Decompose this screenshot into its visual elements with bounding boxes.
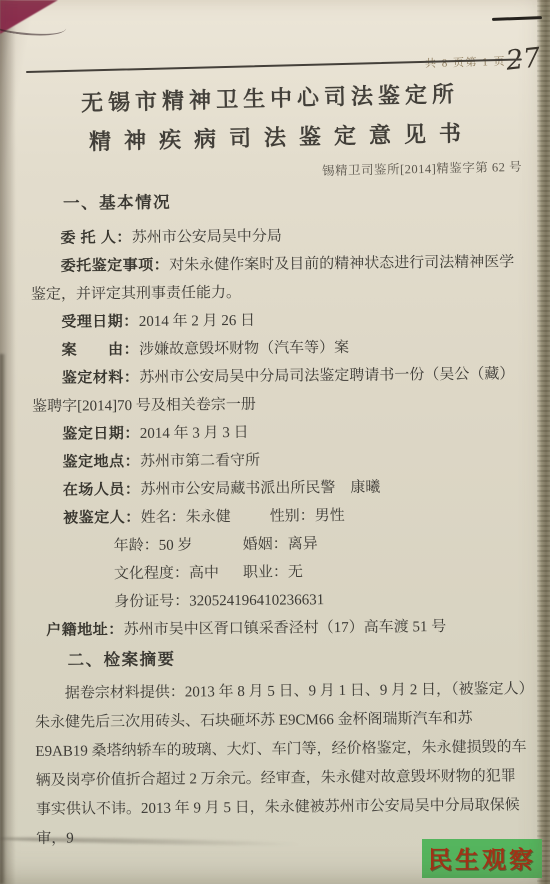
document-reference-number: 锡精卫司鉴所[2014]精鉴字第 62 号	[322, 157, 522, 179]
field-pair: 婚姻：离异	[243, 536, 318, 553]
page-left-edge-streak	[0, 354, 6, 884]
field-label: 户籍地址：	[46, 621, 124, 639]
field-row: 委托鉴定事项：对朱永健作案时及目前的精神状态进行司法精神医学鉴定，并评定其刑事责…	[31, 248, 524, 309]
field-pair: 职业：无	[243, 564, 303, 581]
field-value: 苏州市公安局吴中分局	[132, 229, 282, 246]
document-body: 一、基本情况 委 托 人：苏州市公安局吴中分局委托鉴定事项：对朱永健作案时及目前…	[30, 185, 528, 854]
section-heading-basic-info: 一、基本情况	[30, 185, 522, 218]
document-title: 精神疾病司法鉴定意见书	[0, 115, 550, 158]
field-value: 2014 年 3 月 3 日	[140, 425, 249, 442]
pair-value: 高中	[189, 565, 219, 581]
pair-key: 姓名：	[141, 510, 186, 526]
field-label: 委托鉴定事项：	[61, 257, 170, 275]
field-row: 户籍地址：苏州市吴中区胥口镇采香泾村（17）高车渡 51 号	[34, 612, 526, 645]
top-edge-mark	[492, 16, 542, 21]
field-label: 在场人员：	[63, 481, 141, 499]
field-row: 鉴定材料：苏州市公安局吴中分局司法鉴定聘请书一份（吴公（藏）鉴聘字[2014]7…	[32, 360, 525, 421]
field-label: 委 托 人：	[60, 229, 132, 247]
pair-key: 年龄：	[114, 538, 159, 554]
pair-key: 身份证号：	[114, 593, 189, 610]
field-pair: 年龄：50 岁	[114, 531, 243, 560]
pair-key: 文化程度：	[114, 565, 189, 582]
field-value: 苏州市第二看守所	[140, 453, 260, 470]
field-pair: 性别：男性	[270, 508, 345, 525]
basic-info-rows: 委 托 人：苏州市公安局吴中分局委托鉴定事项：对朱永健作案时及目前的精神状态进行…	[30, 220, 526, 645]
field-pair: 文化程度：高中	[114, 559, 243, 588]
scanned-document-page: 共 8 页第 1 页 27 无锡市精神卫生中心司法鉴定所 精神疾病司法鉴定意见书…	[0, 0, 550, 884]
pair-value: 50 岁	[159, 537, 193, 553]
pair-value: 320524196410236631	[189, 592, 324, 609]
field-value: 2014 年 2 月 26 日	[139, 313, 255, 330]
field-label: 鉴定地点：	[63, 453, 141, 471]
field-value: 苏州市吴中区胥口镇采香泾村（17）高车渡 51 号	[124, 619, 447, 638]
pair-key: 职业：	[243, 565, 288, 581]
case-summary-paragraph: 据卷宗材料提供：2013 年 8 月 5 日、9 月 1 日、9 月 2 日，（…	[35, 675, 529, 854]
field-pair: 姓名：朱永健	[141, 503, 270, 532]
field-label: 受理日期：	[61, 313, 139, 331]
field-value: 苏州市公安局藏书派出所民警 康曦	[140, 480, 380, 498]
pair-value: 男性	[315, 508, 345, 524]
pair-key: 性别：	[270, 508, 315, 524]
pair-value: 无	[288, 564, 303, 580]
field-value: 涉嫌故意毁坏财物（汽车等）案	[139, 340, 349, 358]
pair-key: 婚姻：	[243, 537, 288, 553]
field-label: 案 由：	[61, 341, 139, 359]
field-label: 被鉴定人：	[63, 509, 141, 527]
organization-title: 无锡市精神卫生中心司法鉴定所	[0, 75, 540, 119]
section-heading-case-summary: 二、检案摘要	[34, 642, 526, 675]
field-label: 鉴定日期：	[62, 425, 140, 443]
pair-value: 离异	[288, 536, 318, 552]
field-pair: 身份证号：320524196410236631	[114, 592, 324, 610]
field-label: 鉴定材料：	[62, 369, 140, 387]
pair-value: 朱永健	[186, 509, 231, 525]
watermark-badge: 民生观察	[422, 839, 542, 878]
